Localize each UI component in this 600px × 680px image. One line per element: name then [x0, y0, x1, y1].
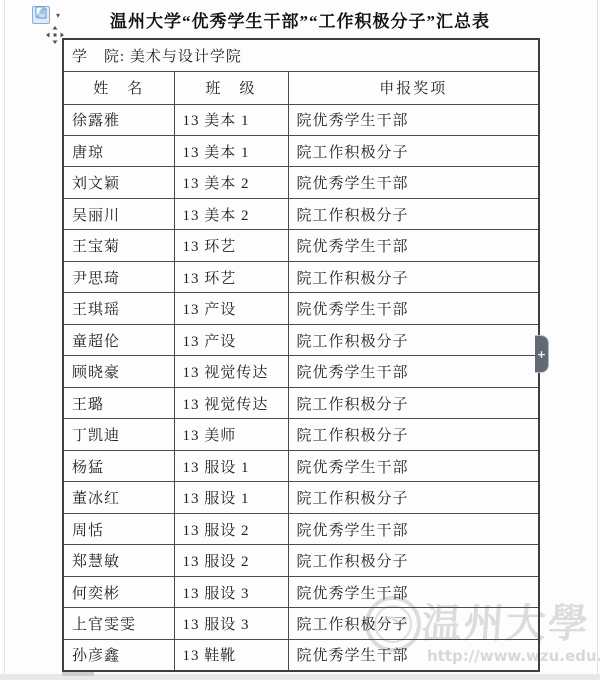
column-header-class: 班 级 [174, 72, 288, 105]
cell-name: 尹思琦 [63, 261, 174, 292]
cell-name: 董冰红 [63, 482, 174, 513]
cell-class: 13 美本 2 [174, 167, 288, 198]
cell-name: 孙彦鑫 [63, 639, 174, 671]
cell-name: 郑慧敏 [63, 545, 174, 576]
column-header-award: 申报奖项 [288, 72, 539, 105]
cell-class: 13 服设 1 [174, 450, 288, 481]
page-title: 温州大学“优秀学生干部”“工作积极分子”汇总表 [0, 7, 600, 32]
cell-award: 院工作积极分子 [288, 608, 539, 639]
summary-table: 学 院: 美术与设计学院 姓 名 班 级 申报奖项 徐露雅13 美本 1院优秀学… [62, 38, 538, 672]
page-left-edge [4, 0, 5, 680]
cell-award: 院工作积极分子 [288, 198, 539, 229]
cell-award: 院工作积极分子 [288, 324, 539, 355]
cell-award: 院优秀学生干部 [288, 356, 539, 387]
cell-award: 院优秀学生干部 [288, 639, 539, 671]
table-row: 杨猛13 服设 1院优秀学生干部 [63, 450, 539, 481]
table-row: 唐琼13 美本 1院工作积极分子 [63, 135, 539, 166]
table-row: 刘文颖13 美本 2院优秀学生干部 [63, 167, 539, 198]
cell-class: 13 服设 2 [174, 545, 288, 576]
college-label: 学 院: 美术与设计学院 [63, 39, 539, 72]
cell-class: 13 服设 3 [174, 576, 288, 607]
table-header-row: 姓 名 班 级 申报奖项 [63, 72, 539, 105]
cell-name: 王宝菊 [63, 230, 174, 261]
cell-class: 13 环艺 [174, 261, 288, 292]
cell-award: 院优秀学生干部 [288, 293, 539, 324]
college-row: 学 院: 美术与设计学院 [63, 39, 539, 72]
column-header-name: 姓 名 [63, 72, 174, 105]
cell-class: 13 美本 1 [174, 135, 288, 166]
cell-name: 何奕彬 [63, 576, 174, 607]
cell-class: 13 美本 1 [174, 104, 288, 135]
cell-name: 王琪瑶 [63, 293, 174, 324]
cell-class: 13 环艺 [174, 230, 288, 261]
side-scroll-handle[interactable]: + [535, 335, 549, 373]
cell-class: 13 美本 2 [174, 198, 288, 229]
table-row: 童超伦13 产设院工作积极分子 [63, 324, 539, 355]
cell-award: 院工作积极分子 [288, 419, 539, 450]
cell-name: 上官雯雯 [63, 608, 174, 639]
cell-class: 13 视觉传达 [174, 387, 288, 418]
table-row: 王琪瑶13 产设院优秀学生干部 [63, 293, 539, 324]
cell-class: 13 产设 [174, 324, 288, 355]
cell-award: 院优秀学生干部 [288, 167, 539, 198]
cell-name: 刘文颖 [63, 167, 174, 198]
table-row: 吴丽川13 美本 2院工作积极分子 [63, 198, 539, 229]
cell-award: 院优秀学生干部 [288, 230, 539, 261]
table-row: 孙彦鑫13 鞋靴院优秀学生干部 [63, 639, 539, 671]
table-row: 上官雯雯13 服设 3院工作积极分子 [63, 608, 539, 639]
cell-award: 院工作积极分子 [288, 482, 539, 513]
cell-class: 13 服设 2 [174, 513, 288, 544]
page-right-edge [597, 0, 598, 680]
table-row: 周恬13 服设 2院优秀学生干部 [63, 513, 539, 544]
cell-class: 13 视觉传达 [174, 356, 288, 387]
cell-name: 丁凯迪 [63, 419, 174, 450]
table-row: 顾晓豪13 视觉传达院优秀学生干部 [63, 356, 539, 387]
cell-class: 13 鞋靴 [174, 639, 288, 671]
cell-award: 院工作积极分子 [288, 545, 539, 576]
table-body: 学 院: 美术与设计学院 姓 名 班 级 申报奖项 徐露雅13 美本 1院优秀学… [63, 39, 539, 671]
cell-name: 王璐 [63, 387, 174, 418]
table-row: 丁凯迪13 美师院工作积极分子 [63, 419, 539, 450]
cell-name: 周恬 [63, 513, 174, 544]
cell-class: 13 美师 [174, 419, 288, 450]
cell-award: 院优秀学生干部 [288, 450, 539, 481]
table-row: 王宝菊13 环艺院优秀学生干部 [63, 230, 539, 261]
cell-award: 院工作积极分子 [288, 387, 539, 418]
table-row: 徐露雅13 美本 1院优秀学生干部 [63, 104, 539, 135]
table-row: 尹思琦13 环艺院工作积极分子 [63, 261, 539, 292]
cell-award: 院优秀学生干部 [288, 576, 539, 607]
cell-name: 吴丽川 [63, 198, 174, 229]
cell-award: 院工作积极分子 [288, 261, 539, 292]
table-row: 董冰红13 服设 1院工作积极分子 [63, 482, 539, 513]
bottom-page-tab [62, 672, 94, 676]
cell-award: 院优秀学生干部 [288, 513, 539, 544]
cell-name: 杨猛 [63, 450, 174, 481]
cell-name: 唐琼 [63, 135, 174, 166]
table-row: 何奕彬13 服设 3院优秀学生干部 [63, 576, 539, 607]
cell-name: 顾晓豪 [63, 356, 174, 387]
cell-award: 院优秀学生干部 [288, 104, 539, 135]
cell-class: 13 服设 1 [174, 482, 288, 513]
cell-class: 13 产设 [174, 293, 288, 324]
cell-name: 徐露雅 [63, 104, 174, 135]
table-row: 郑慧敏13 服设 2院工作积极分子 [63, 545, 539, 576]
cell-class: 13 服设 3 [174, 608, 288, 639]
cell-name: 童超伦 [63, 324, 174, 355]
table-row: 王璐13 视觉传达院工作积极分子 [63, 387, 539, 418]
cell-award: 院工作积极分子 [288, 135, 539, 166]
